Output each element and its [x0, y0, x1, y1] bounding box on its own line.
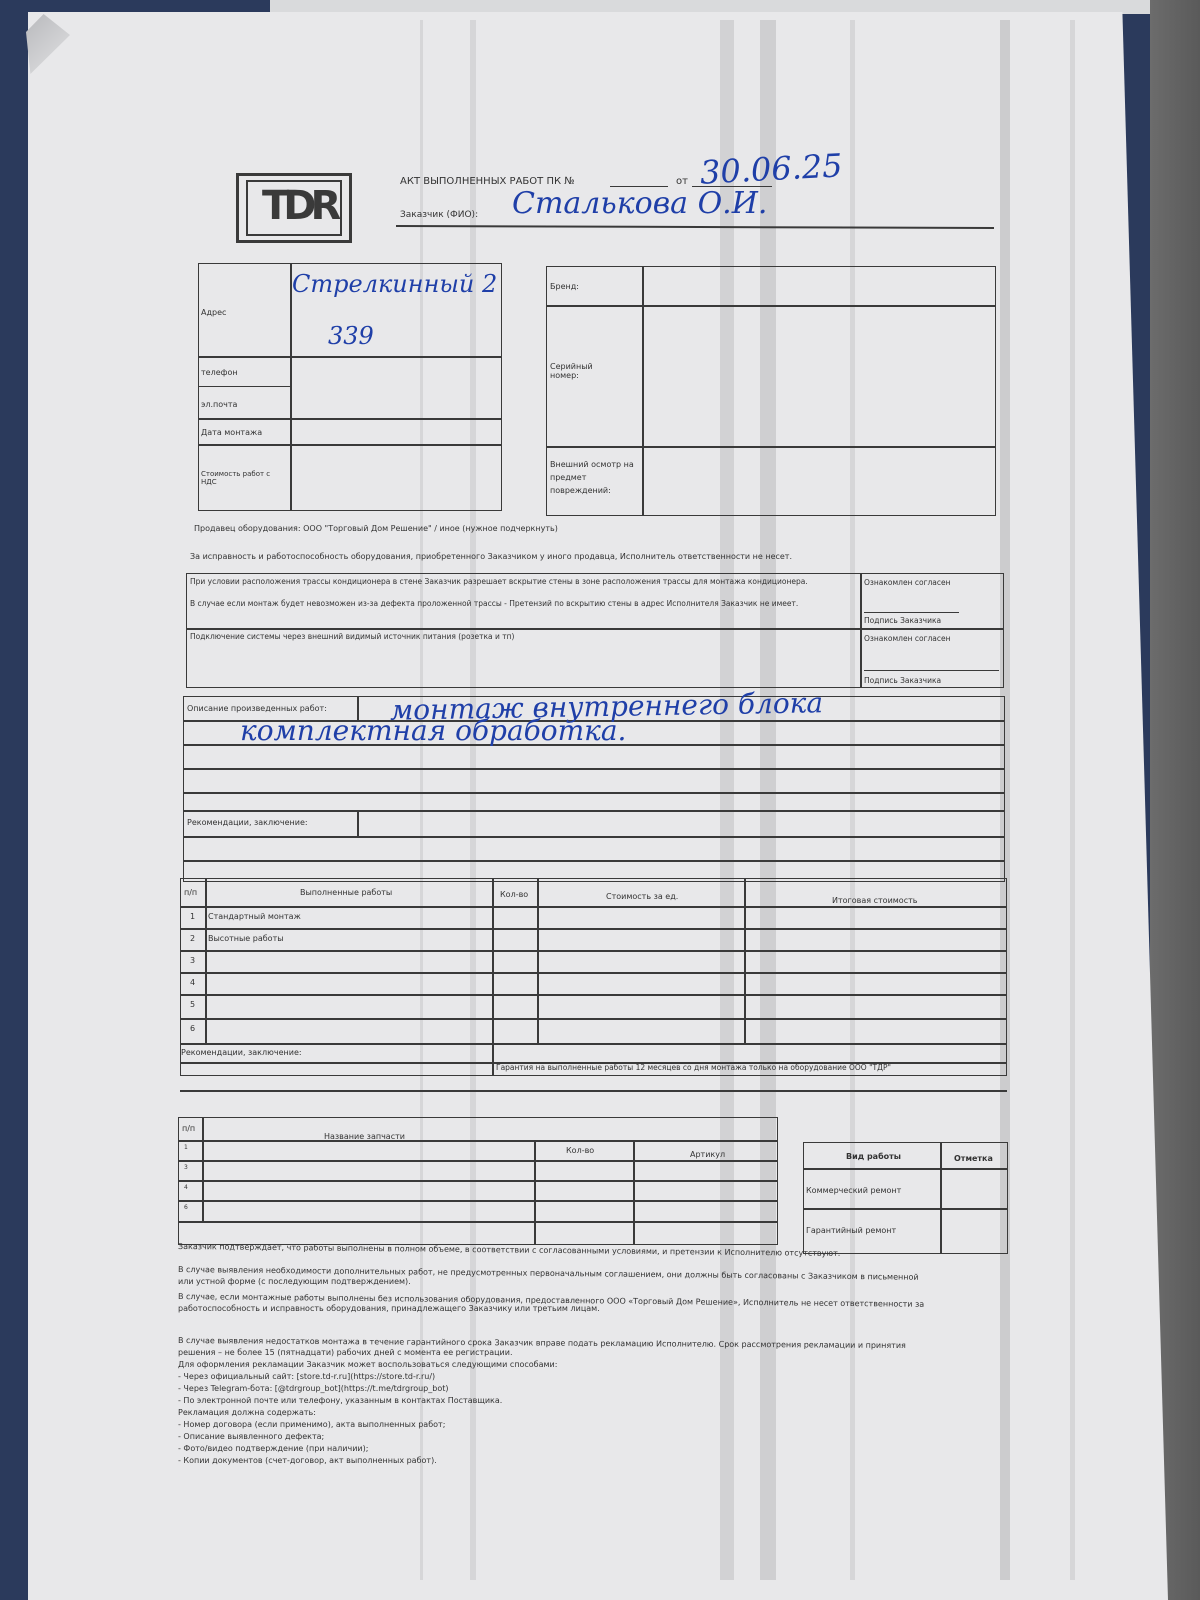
- serial-label: Серийный номер:: [550, 362, 620, 380]
- parts-row-n: 1: [184, 1144, 188, 1151]
- consent-text-2: Подключение системы через внешний видимы…: [190, 632, 514, 641]
- customer-label: Заказчик (ФИО):: [400, 210, 478, 220]
- works-header-qty: Кол-во: [500, 890, 528, 899]
- parts-header-name: Название запчасти: [324, 1132, 405, 1141]
- address-value: Стрелкинный 2: [292, 270, 497, 298]
- works-header-unit-price: Стоимость за ед.: [606, 892, 678, 901]
- footer-list-item: - Номер договора (если применимо), акта …: [178, 1420, 445, 1429]
- repair-type-header: Вид работы: [846, 1152, 901, 1161]
- works-row-n: 1: [190, 912, 195, 921]
- works-row-n: 5: [190, 1000, 195, 1009]
- liability-line: За исправность и работоспособность обору…: [190, 552, 792, 561]
- date-value: 30.06.25: [699, 146, 843, 191]
- phone-label: телефон: [201, 368, 238, 377]
- repair-mark-header: Отметка: [954, 1154, 993, 1163]
- logo-text: TDR: [262, 183, 335, 229]
- brand-label: Бренд:: [550, 282, 579, 291]
- signature-line-2: [864, 670, 999, 671]
- consent-text-1b: В случае если монтаж будет невозможен из…: [190, 598, 855, 609]
- footer-list-item: - Описание выявленного дефекта;: [178, 1432, 324, 1441]
- footer-list-item: - Через Telegram-бота: [@tdrgroup_bot](h…: [178, 1384, 448, 1393]
- parts-row-n: 3: [184, 1164, 188, 1171]
- background-sheet: [270, 0, 1150, 14]
- seller-line: Продавец оборудования: ООО "Торговый Дом…: [194, 524, 558, 533]
- repair-type-warranty: Гарантийный ремонт: [806, 1226, 896, 1235]
- parts-header-article: Артикул: [690, 1150, 725, 1159]
- cost-label: Стоимость работ с НДС: [201, 470, 281, 486]
- work-description-label: Описание произведенных работ:: [187, 704, 327, 713]
- footer-list-item: - Через официальный сайт: [store.td-r.ru…: [178, 1372, 435, 1381]
- works-recommendations-label: Рекомендации, заключение:: [181, 1048, 302, 1057]
- warranty-text: Гарантия на выполненные работы 12 месяце…: [496, 1063, 891, 1072]
- works-header-total: Итоговая стоимость: [832, 896, 917, 905]
- consent-text-1: При условии расположения трассы кондицио…: [190, 576, 855, 587]
- footer-list-item: - Фото/видео подтверждение (при наличии)…: [178, 1444, 368, 1453]
- works-row-n: 2: [190, 934, 195, 943]
- sign-label-1: Подпись Заказчика: [864, 616, 941, 625]
- works-row-n: 6: [190, 1024, 195, 1033]
- install-date-label: Дата монтажа: [201, 428, 262, 437]
- address-label: Адрес: [201, 308, 226, 317]
- works-row-name: Стандартный монтаж: [208, 912, 301, 921]
- commercial-mark-checkbox[interactable]: [942, 1170, 1006, 1206]
- footer-list-item: - Копии документов (счет-договор, акт вы…: [178, 1456, 437, 1465]
- works-header-n: п/п: [184, 888, 197, 897]
- works-row-n: 4: [190, 978, 195, 987]
- footer-paragraph: Рекламация должна содержать:: [178, 1408, 316, 1417]
- address-value-2: 339: [328, 322, 374, 350]
- agree-label-2: Ознакомлен согласен: [864, 634, 951, 643]
- inspection-label: Внешний осмотр на предмет повреждений:: [550, 458, 640, 497]
- parts-header-n: п/п: [182, 1124, 195, 1133]
- footer-paragraph: решения – не более 15 (пятнадцати) рабоч…: [178, 1348, 513, 1357]
- footer-list-item: - По электронной почте или телефону, ука…: [178, 1396, 502, 1405]
- recommendations-label: Рекомендации, заключение:: [187, 818, 308, 827]
- footer-paragraph: работоспособность и исправность оборудов…: [178, 1304, 600, 1313]
- works-row-n: 3: [190, 956, 195, 965]
- agree-label-1: Ознакомлен согласен: [864, 578, 951, 587]
- work-description-line-2: комплектная обработка.: [240, 714, 626, 747]
- works-row-name: Высотные работы: [208, 934, 284, 943]
- parts-row-n: 6: [184, 1204, 188, 1211]
- warranty-mark-checkbox[interactable]: [942, 1210, 1006, 1252]
- parts-header-qty: Кол-во: [566, 1146, 594, 1155]
- footer-paragraph: или устной форме (с последующим подтверж…: [178, 1277, 411, 1286]
- parts-row-n: 4: [184, 1184, 188, 1191]
- email-label: эл.почта: [201, 400, 237, 409]
- repair-type-commercial: Коммерческий ремонт: [806, 1186, 901, 1195]
- works-table: [180, 878, 1007, 1076]
- works-header-name: Выполненные работы: [300, 888, 392, 897]
- sign-label-2: Подпись Заказчика: [864, 676, 941, 685]
- footer-paragraph: Для оформления рекламации Заказчик может…: [178, 1360, 557, 1369]
- customer-name: Сталькова О.И.: [512, 186, 767, 221]
- signature-line-1: [864, 612, 959, 613]
